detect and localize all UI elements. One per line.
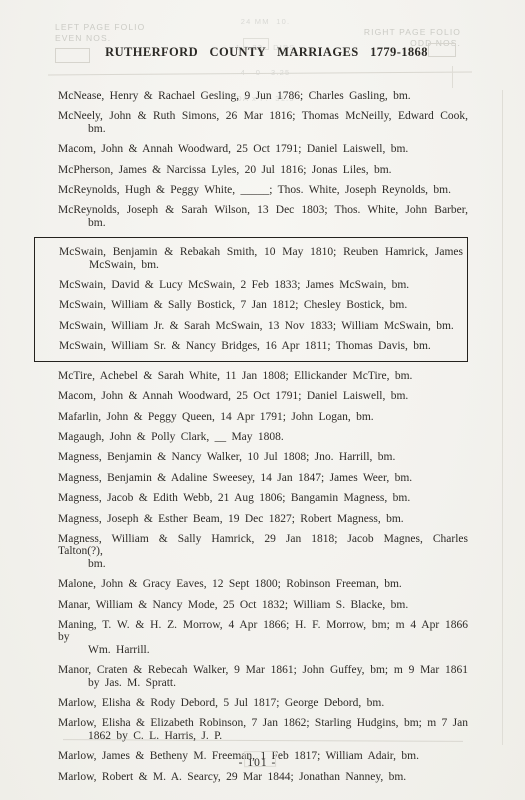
marriage-entry: Mafarlin, John & Peggy Queen, 14 Apr 179… <box>58 411 468 423</box>
marriage-entry: McReynolds, Joseph & Sarah Wilson, 13 De… <box>58 204 468 229</box>
faint-pencil-line-topright <box>452 66 453 88</box>
marriage-entry: Magness, Jacob & Edith Webb, 21 Aug 1806… <box>58 492 468 504</box>
marriage-entry: Magness, Joseph & Esther Beam, 19 Dec 18… <box>58 513 468 525</box>
marriage-entry: McPherson, James & Narcissa Lyles, 20 Ju… <box>58 164 468 176</box>
entry-line: Magaugh, John & Polly Clark, __ May 1808… <box>58 431 468 443</box>
entry-line: 1862 by C. L. Harris, J. P. <box>58 730 468 742</box>
entry-line: bm. <box>58 123 468 135</box>
entry-line: Magness, Benjamin & Nancy Walker, 10 Jul… <box>58 451 468 463</box>
entry-line: McTire, Achebel & Sarah White, 11 Jan 18… <box>58 370 468 382</box>
entry-line: Maning, T. W. & H. Z. Morrow, 4 Apr 1866… <box>58 619 468 644</box>
entry-line: Magness, Joseph & Esther Beam, 19 Dec 18… <box>58 513 468 525</box>
entry-line: Marlow, Robert & M. A. Searcy, 29 Mar 18… <box>58 771 468 783</box>
marriage-entry: Marlow, Robert & M. A. Searcy, 29 Mar 18… <box>58 771 468 783</box>
left-folio-note: LEFT PAGE FOLIO EVEN NOS. <box>55 22 145 44</box>
entry-line: Macom, John & Annah Woodward, 25 Oct 179… <box>58 143 468 155</box>
entry-line: McSwain, bm. <box>59 259 463 271</box>
marriage-entry: Magness, Benjamin & Adaline Sweesey, 14 … <box>58 472 468 484</box>
entry-line: Manor, Craten & Rebecah Walker, 9 Mar 18… <box>58 664 468 676</box>
entry-line: McSwain, David & Lucy McSwain, 2 Feb 183… <box>59 279 463 291</box>
marriage-entry: Maning, T. W. & H. Z. Morrow, 4 Apr 1866… <box>58 619 468 656</box>
entry-line: Magness, William & Sally Hamrick, 29 Jan… <box>58 533 468 558</box>
entry-line: McSwain, William Jr. & Sarah McSwain, 13… <box>59 320 463 332</box>
marriage-entry: Macom, John & Annah Woodward, 25 Oct 179… <box>58 143 468 155</box>
scanned-document-page: 24 MM 10. 1 x 33 DIPS 4 0 3.25 DA x P. 3… <box>0 0 525 800</box>
entry-line: Magness, Jacob & Edith Webb, 21 Aug 1806… <box>58 492 468 504</box>
entry-line: Wm. Harrill. <box>58 644 468 656</box>
entry-line: McNeely, John & Ruth Simons, 26 Mar 1816… <box>58 110 468 122</box>
entry-line: bm. <box>58 217 468 229</box>
marriage-entry: Manar, William & Nancy Mode, 25 Oct 1832… <box>58 599 468 611</box>
entry-line: McSwain, Benjamin & Rebakah Smith, 10 Ma… <box>59 246 463 258</box>
entry-line: by Jas. M. Spratt. <box>58 677 468 689</box>
left-folio-note-line1: LEFT PAGE FOLIO <box>55 22 145 33</box>
entry-line: McSwain, William Sr. & Nancy Bridges, 16… <box>59 340 463 352</box>
entry-line: Mafarlin, John & Peggy Queen, 14 Apr 179… <box>58 411 468 423</box>
marriage-entry: McTire, Achebel & Sarah White, 11 Jan 18… <box>58 370 468 382</box>
page-number: - 101 - <box>0 757 515 769</box>
faint-pencil-line-right <box>502 90 503 745</box>
entry-line: Malone, John & Gracy Eaves, 12 Sept 1800… <box>58 578 468 590</box>
marriage-entry: Marlow, Elisha & Rody Debord, 5 Jul 1817… <box>58 697 468 709</box>
marriage-entry: Macom, John & Annah Woodward, 25 Oct 179… <box>58 390 468 402</box>
entry-line: McReynolds, Hugh & Peggy White, _____; T… <box>58 184 468 196</box>
entry-line: McReynolds, Joseph & Sarah Wilson, 13 De… <box>58 204 468 216</box>
entry-line: Magness, Benjamin & Adaline Sweesey, 14 … <box>58 472 468 484</box>
marriage-entry: Manor, Craten & Rebecah Walker, 9 Mar 18… <box>58 664 468 689</box>
marriage-entry: Magness, William & Sally Hamrick, 29 Jan… <box>58 533 468 570</box>
entries-list: McNease, Henry & Rachael Gesling, 9 Jun … <box>58 90 468 791</box>
marriage-entry: McReynolds, Hugh & Peggy White, _____; T… <box>58 184 468 196</box>
entry-line: McSwain, William & Sally Bostick, 7 Jan … <box>59 299 463 311</box>
marriage-entry: McSwain, William Sr. & Nancy Bridges, 16… <box>59 340 463 352</box>
marriage-entry: Marlow, Elisha & Elizabeth Robinson, 7 J… <box>58 717 468 742</box>
marriage-entry: McSwain, David & Lucy McSwain, 2 Feb 183… <box>59 279 463 291</box>
illegible-stamp-line: 24 MM 10. <box>208 18 323 27</box>
entry-line: McPherson, James & Narcissa Lyles, 20 Ju… <box>58 164 468 176</box>
entry-line: Macom, John & Annah Woodward, 25 Oct 179… <box>58 390 468 402</box>
page-title: RUTHERFORD COUNTY MARRIAGES 1779-1868 <box>8 45 525 60</box>
entry-line: Manar, William & Nancy Mode, 25 Oct 1832… <box>58 599 468 611</box>
highlight-box: McSwain, Benjamin & Rebakah Smith, 10 Ma… <box>34 237 468 361</box>
marriage-entry: Magaugh, John & Polly Clark, __ May 1808… <box>58 431 468 443</box>
marriage-entry: McSwain, William & Sally Bostick, 7 Jan … <box>59 299 463 311</box>
entry-line: bm. <box>58 558 468 570</box>
entry-line: McNease, Henry & Rachael Gesling, 9 Jun … <box>58 90 468 102</box>
entry-line: Marlow, Elisha & Rody Debord, 5 Jul 1817… <box>58 697 468 709</box>
right-folio-note-line1: RIGHT PAGE FOLIO <box>364 27 461 38</box>
marriage-entry: Malone, John & Gracy Eaves, 12 Sept 1800… <box>58 578 468 590</box>
marriage-entry: McNease, Henry & Rachael Gesling, 9 Jun … <box>58 90 468 102</box>
marriage-entry: McSwain, Benjamin & Rebakah Smith, 10 Ma… <box>59 246 463 271</box>
marriage-entry: Magness, Benjamin & Nancy Walker, 10 Jul… <box>58 451 468 463</box>
entry-line: Marlow, Elisha & Elizabeth Robinson, 7 J… <box>58 717 468 729</box>
marriage-entry: McSwain, William Jr. & Sarah McSwain, 13… <box>59 320 463 332</box>
left-folio-note-line2: EVEN NOS. <box>55 33 145 44</box>
marriage-entry: McNeely, John & Ruth Simons, 26 Mar 1816… <box>58 110 468 135</box>
